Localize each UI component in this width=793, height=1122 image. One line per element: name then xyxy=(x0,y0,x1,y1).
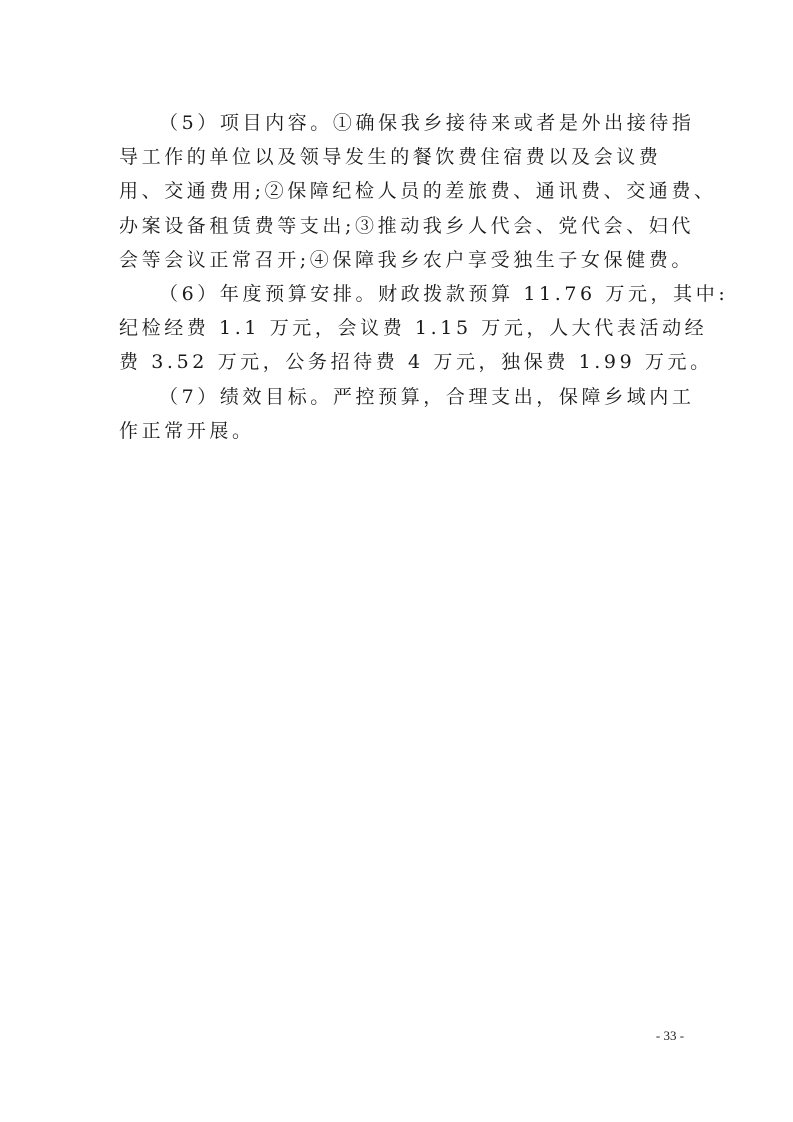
paragraph-annual-budget: （6）年度预算安排。财政拨款预算 11.76 万元，其中: 纪检经费 1.1 万… xyxy=(119,277,679,380)
document-body: （5）项目内容。①确保我乡接待来或者是外出接待指 导工作的单位以及领导发生的餐饮… xyxy=(119,106,679,448)
text-line: 会等会议正常召开;④保障我乡农户享受独生子女保健费。 xyxy=(119,243,679,277)
page-number: - 33 - xyxy=(640,1028,700,1044)
text-line: 办案设备租赁费等支出;③推动我乡人代会、党代会、妇代 xyxy=(119,209,679,243)
text-line: 纪检经费 1.1 万元，会议费 1.15 万元，人大代表活动经 xyxy=(119,311,679,345)
text-line: （7）绩效目标。严控预算，合理支出，保障乡域内工 xyxy=(119,380,679,414)
text-line: （5）项目内容。①确保我乡接待来或者是外出接待指 xyxy=(119,106,679,140)
document-page: （5）项目内容。①确保我乡接待来或者是外出接待指 导工作的单位以及领导发生的餐饮… xyxy=(0,0,793,1122)
text-line: 导工作的单位以及领导发生的餐饮费住宿费以及会议费 xyxy=(119,140,679,174)
text-line: 用、交通费用;②保障纪检人员的差旅费、通讯费、交通费、 xyxy=(119,174,679,208)
text-line: 作正常开展。 xyxy=(119,414,679,448)
text-line: （6）年度预算安排。财政拨款预算 11.76 万元，其中: xyxy=(119,277,679,311)
paragraph-performance-goal: （7）绩效目标。严控预算，合理支出，保障乡域内工 作正常开展。 xyxy=(119,380,679,448)
text-line: 费 3.52 万元，公务招待费 4 万元，独保费 1.99 万元。 xyxy=(119,345,679,379)
paragraph-project-content: （5）项目内容。①确保我乡接待来或者是外出接待指 导工作的单位以及领导发生的餐饮… xyxy=(119,106,679,277)
